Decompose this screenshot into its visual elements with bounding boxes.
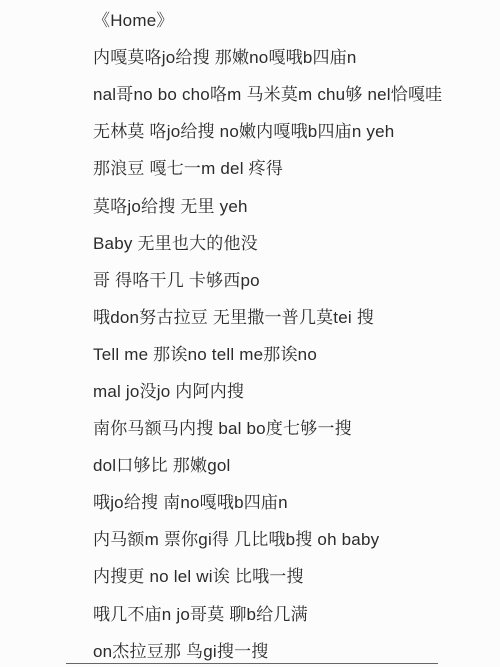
lyric-line: 内嘎莫咯jo给搜 那嫩no嘎哦b四庙n: [0, 37, 500, 74]
lyric-line: 哥 得咯干几 卡够西po: [0, 260, 500, 297]
lyric-line: mal jo没jo 内阿内搜: [0, 371, 500, 408]
lyric-line: nal哥no bo cho咯m 马米莫m chu够 nel恰嘎哇: [0, 74, 500, 111]
lyric-line: on杰拉豆那 鸟gi搜一搜: [0, 631, 500, 667]
lyric-line: 内马额m 票你gi得 几比哦b搜 oh baby: [0, 519, 500, 556]
lyric-line: 哦don努古拉豆 无里撒一普几莫tei 搜: [0, 297, 500, 334]
lyric-line: 莫咯jo给搜 无里 yeh: [0, 185, 500, 222]
lyric-line: 南你马额马内搜 bal bo度七够一搜: [0, 408, 500, 445]
lyric-line: 哦几不庙n jo哥莫 聊b给几满: [0, 594, 500, 631]
lyric-line: 那浪豆 嘎七一m del 疼得: [0, 148, 500, 185]
lyrics-list: 内嘎莫咯jo给搜 那嫩no嘎哦b四庙nnal哥no bo cho咯m 马米莫m …: [0, 37, 500, 667]
bottom-divider: [66, 663, 438, 664]
lyric-line: Baby 无里也大的他没: [0, 223, 500, 260]
lyric-line: 哦jo给搜 南no嘎哦b四庙n: [0, 482, 500, 519]
lyric-line: 内搜更 no lel wi诶 比哦一搜: [0, 556, 500, 593]
lyric-line: 无林莫 咯jo给搜 no嫩内嘎哦b四庙n yeh: [0, 111, 500, 148]
lyrics-page: 《Home》 内嘎莫咯jo给搜 那嫩no嘎哦b四庙nnal哥no bo cho咯…: [0, 0, 500, 667]
lyric-line: dol口够比 那嫩gol: [0, 445, 500, 482]
page-title: 《Home》: [0, 0, 500, 37]
lyric-line: Tell me 那诶no tell me那诶no: [0, 334, 500, 371]
